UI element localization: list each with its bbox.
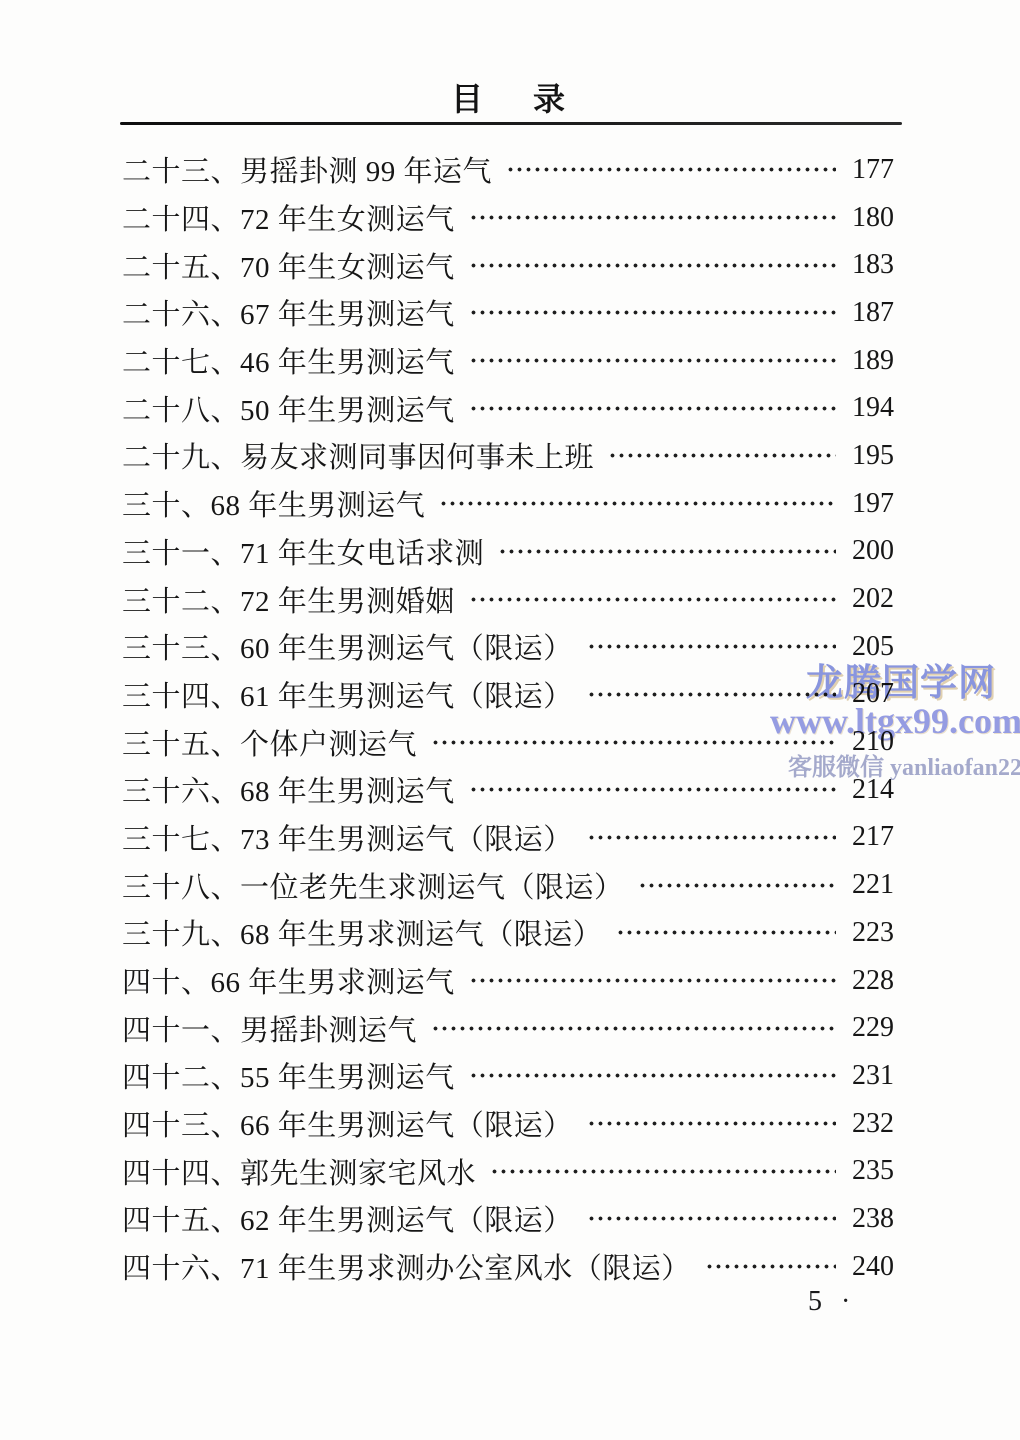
toc-leader-dots [587, 1100, 836, 1148]
toc-leader-dots [608, 432, 836, 480]
toc-entry: 三十五、个体户测运气 210 [122, 718, 894, 766]
toc-leader-dots [469, 194, 836, 242]
toc-entry: 三十、68 年生男测运气 197 [122, 480, 894, 528]
toc-entry-page: 217 [848, 821, 894, 853]
toc-entry-page: 229 [848, 1012, 894, 1044]
toc-entry-label: 三十六、68 年生男测运气 [122, 769, 455, 810]
toc-leader-dots [439, 480, 836, 528]
toc-leader-dots [638, 861, 836, 909]
toc-leader-dots [469, 575, 836, 623]
toc-entry-page: 202 [848, 583, 894, 615]
toc-entry: 四十三、66 年生男测运气（限运） 232 [122, 1100, 894, 1148]
toc-entry: 二十五、70 年生女测运气 183 [122, 241, 894, 289]
toc-entry: 三十六、68 年生男测运气 214 [122, 766, 894, 814]
toc-entry-page: 197 [848, 488, 894, 520]
toc-entry-page: 232 [848, 1108, 894, 1140]
toc-entry-label: 四十四、郭先生测家宅风水 [122, 1151, 476, 1192]
toc-leader-dots [587, 814, 836, 862]
toc-entry: 三十九、68 年生男求测运气（限运） 223 [122, 909, 894, 957]
toc-leader-dots [705, 1243, 836, 1291]
toc-leader-dots [587, 671, 836, 719]
toc-entry-label: 二十四、72 年生女测运气 [122, 197, 455, 238]
toc-entry-label: 二十六、67 年生男测运气 [122, 292, 455, 333]
toc-entry-page: 187 [848, 297, 894, 329]
toc-entry-page: 214 [848, 774, 894, 806]
toc-entry: 四十二、55 年生男测运气 231 [122, 1052, 894, 1100]
toc-entry-page: 195 [848, 440, 894, 472]
toc-leader-dots [469, 766, 836, 814]
toc-entry-label: 三十一、71 年生女电话求测 [122, 531, 484, 572]
toc-entry-page: 231 [848, 1060, 894, 1092]
toc-leader-dots [469, 957, 836, 1005]
toc-entry-label: 二十九、易友求测同事因何事未上班 [122, 435, 594, 476]
toc-entry-page: 189 [848, 345, 894, 377]
toc-leader-dots [431, 1004, 836, 1052]
toc-entry: 三十八、一位老先生求测运气（限运） 221 [122, 861, 894, 909]
toc-leader-dots [587, 623, 836, 671]
toc-entry-page: 240 [848, 1251, 894, 1283]
toc-entry: 二十四、72 年生女测运气 180 [122, 194, 894, 242]
toc-leader-dots [498, 528, 836, 576]
toc-entry-label: 三十二、72 年生男测婚姻 [122, 579, 455, 620]
toc-entry-label: 四十三、66 年生男测运气（限运） [122, 1103, 573, 1144]
toc-entry: 二十八、50 年生男测运气 194 [122, 384, 894, 432]
toc-leader-dots [431, 718, 836, 766]
footer-page-number: 5 · [808, 1286, 856, 1318]
toc-entry-label: 二十三、男摇卦测 99 年运气 [122, 149, 492, 190]
toc-entry: 二十六、67 年生男测运气 187 [122, 289, 894, 337]
toc-entry-label: 四十一、男摇卦测运气 [122, 1008, 417, 1049]
toc-entry-label: 三十九、68 年生男求测运气（限运） [122, 912, 602, 953]
toc-entry-page: 207 [848, 678, 894, 710]
toc-entry: 三十四、61 年生男测运气（限运） 207 [122, 671, 894, 719]
toc-entry-label: 四十二、55 年生男测运气 [122, 1055, 455, 1096]
toc-entry: 三十二、72 年生男测婚姻 202 [122, 575, 894, 623]
title-divider-rule [120, 122, 902, 125]
toc-entry-label: 二十五、70 年生女测运气 [122, 245, 455, 286]
scanned-book-page: 目 录 二十三、男摇卦测 99 年运气 177 二十四、72 年生女测运气 18… [0, 0, 1020, 1440]
toc-entry-label: 三十八、一位老先生求测运气（限运） [122, 865, 624, 906]
toc-entry: 四十、66 年生男求测运气 228 [122, 957, 894, 1005]
toc-entry-label: 三十三、60 年生男测运气（限运） [122, 626, 573, 667]
toc-entry-page: 180 [848, 202, 894, 234]
toc-leader-dots [469, 337, 836, 385]
toc-entry-label: 三十四、61 年生男测运气（限运） [122, 674, 573, 715]
toc-entry-page: 194 [848, 392, 894, 424]
toc-entry-page: 228 [848, 965, 894, 997]
toc-entry: 二十三、男摇卦测 99 年运气 177 [122, 146, 894, 194]
toc-entry: 二十九、易友求测同事因何事未上班 195 [122, 432, 894, 480]
toc-entry: 三十一、71 年生女电话求测 200 [122, 528, 894, 576]
toc-entry-page: 235 [848, 1155, 894, 1187]
toc-entry-label: 三十、68 年生男测运气 [122, 483, 425, 524]
toc-entry-label: 四十六、71 年生男求测办公室风水（限运） [122, 1246, 691, 1287]
toc-leader-dots [490, 1147, 836, 1195]
toc-entry-page: 183 [848, 249, 894, 281]
page-title: 目 录 [451, 81, 571, 117]
toc-entry: 三十三、60 年生男测运气（限运） 205 [122, 623, 894, 671]
toc-entry: 二十七、46 年生男测运气 189 [122, 337, 894, 385]
toc-leader-dots [616, 909, 836, 957]
toc-entry-page: 238 [848, 1203, 894, 1235]
page-title-wrap: 目 录 [120, 74, 902, 120]
toc-entry: 四十一、男摇卦测运气 229 [122, 1004, 894, 1052]
toc-entry-label: 三十七、73 年生男测运气（限运） [122, 817, 573, 858]
toc-entry-page: 177 [848, 154, 894, 186]
toc-entry-page: 223 [848, 917, 894, 949]
toc-entry-page: 205 [848, 631, 894, 663]
toc-entry: 四十五、62 年生男测运气（限运） 238 [122, 1195, 894, 1243]
toc-leader-dots [469, 289, 836, 337]
toc-entry-label: 四十、66 年生男求测运气 [122, 960, 455, 1001]
toc-entry-page: 200 [848, 535, 894, 567]
toc-entry: 四十四、郭先生测家宅风水 235 [122, 1147, 894, 1195]
toc-entry-label: 三十五、个体户测运气 [122, 722, 417, 763]
toc-entry: 三十七、73 年生男测运气（限运） 217 [122, 814, 894, 862]
toc-entry-page: 210 [848, 726, 894, 758]
toc-leader-dots [506, 146, 836, 194]
toc-leader-dots [469, 1052, 836, 1100]
toc-entry-page: 221 [848, 869, 894, 901]
toc-entry-label: 二十八、50 年生男测运气 [122, 388, 455, 429]
toc-leader-dots [469, 384, 836, 432]
toc-leader-dots [469, 241, 836, 289]
toc-leader-dots [587, 1195, 836, 1243]
toc-entry-label: 二十七、46 年生男测运气 [122, 340, 455, 381]
toc-entry-label: 四十五、62 年生男测运气（限运） [122, 1198, 573, 1239]
toc-list: 二十三、男摇卦测 99 年运气 177 二十四、72 年生女测运气 180 二十… [122, 146, 894, 1291]
toc-entry: 四十六、71 年生男求测办公室风水（限运） 240 [122, 1243, 894, 1291]
